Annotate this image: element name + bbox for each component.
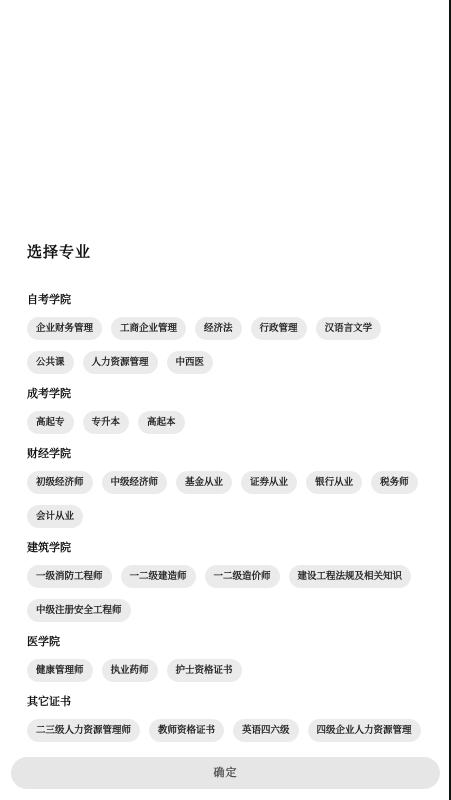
major-chip[interactable]: 公共课 — [27, 351, 74, 374]
major-chip[interactable]: 四级企业人力资源管理 — [308, 719, 421, 742]
major-chip[interactable]: 中级注册安全工程师 — [27, 599, 131, 622]
major-chip[interactable]: 执业药师 — [102, 659, 158, 682]
major-chip[interactable]: 高起本 — [138, 411, 185, 434]
page-title: 选择专业 — [27, 240, 91, 264]
major-chip[interactable]: 二三级人力资源管理师 — [27, 719, 140, 742]
major-chip[interactable]: 经济法 — [195, 317, 242, 340]
major-chip[interactable]: 人力资源管理 — [83, 351, 158, 374]
section-group: 建筑学院一级消防工程师一二级建造师一二级造价师建设工程法规及相关知识中级注册安全… — [27, 541, 427, 622]
screen: 选择专业 自考学院企业财务管理工商企业管理经济法行政管理汉语言文学公共课人力资源… — [0, 0, 451, 800]
major-chip[interactable]: 税务师 — [371, 471, 418, 494]
major-chip[interactable]: 中西医 — [167, 351, 214, 374]
major-chip[interactable]: 教师资格证书 — [149, 719, 224, 742]
chip-list: 初级经济师中级经济师基金从业证券从业银行从业税务师会计从业 — [27, 471, 427, 528]
major-chip[interactable]: 汉语言文学 — [316, 317, 382, 340]
sections-list: 自考学院企业财务管理工商企业管理经济法行政管理汉语言文学公共课人力资源管理中西医… — [27, 293, 427, 755]
section-title: 成考学院 — [27, 387, 427, 401]
section-title: 建筑学院 — [27, 541, 427, 555]
section-title: 自考学院 — [27, 293, 427, 307]
major-chip[interactable]: 专升本 — [83, 411, 130, 434]
major-chip[interactable]: 会计从业 — [27, 505, 83, 528]
section-group: 其它证书二三级人力资源管理师教师资格证书英语四六级四级企业人力资源管理 — [27, 695, 427, 742]
chip-list: 高起专专升本高起本 — [27, 411, 427, 434]
chip-list: 一级消防工程师一二级建造师一二级造价师建设工程法规及相关知识中级注册安全工程师 — [27, 565, 427, 622]
major-chip[interactable]: 高起专 — [27, 411, 74, 434]
major-chip[interactable]: 英语四六级 — [233, 719, 299, 742]
section-group: 医学院健康管理师执业药师护士资格证书 — [27, 635, 427, 682]
chip-list: 二三级人力资源管理师教师资格证书英语四六级四级企业人力资源管理 — [27, 719, 427, 742]
section-title: 医学院 — [27, 635, 427, 649]
major-chip[interactable]: 护士资格证书 — [167, 659, 242, 682]
major-chip[interactable]: 初级经济师 — [27, 471, 93, 494]
major-chip[interactable]: 一级消防工程师 — [27, 565, 112, 588]
major-chip[interactable]: 一二级建造师 — [121, 565, 196, 588]
confirm-button[interactable]: 确定 — [11, 757, 440, 789]
major-chip[interactable]: 工商企业管理 — [111, 317, 186, 340]
major-chip[interactable]: 证券从业 — [241, 471, 297, 494]
chip-list: 企业财务管理工商企业管理经济法行政管理汉语言文学公共课人力资源管理中西医 — [27, 317, 427, 374]
major-chip[interactable]: 建设工程法规及相关知识 — [289, 565, 412, 588]
chip-list: 健康管理师执业药师护士资格证书 — [27, 659, 427, 682]
section-title: 财经学院 — [27, 447, 427, 461]
major-chip[interactable]: 基金从业 — [176, 471, 232, 494]
section-group: 成考学院高起专专升本高起本 — [27, 387, 427, 434]
major-chip[interactable]: 一二级造价师 — [205, 565, 280, 588]
major-chip[interactable]: 行政管理 — [251, 317, 307, 340]
major-chip[interactable]: 企业财务管理 — [27, 317, 102, 340]
section-group: 财经学院初级经济师中级经济师基金从业证券从业银行从业税务师会计从业 — [27, 447, 427, 528]
major-chip[interactable]: 中级经济师 — [102, 471, 168, 494]
section-group: 自考学院企业财务管理工商企业管理经济法行政管理汉语言文学公共课人力资源管理中西医 — [27, 293, 427, 374]
major-chip[interactable]: 健康管理师 — [27, 659, 93, 682]
major-chip[interactable]: 银行从业 — [306, 471, 362, 494]
section-title: 其它证书 — [27, 695, 427, 709]
